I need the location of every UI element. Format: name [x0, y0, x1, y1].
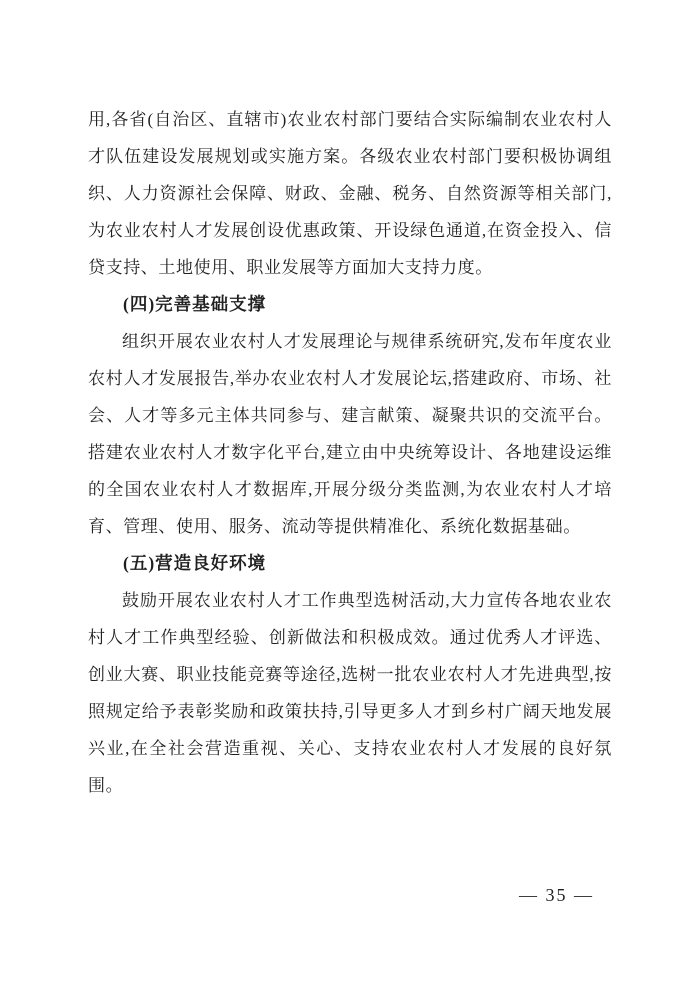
section-heading-5: (五)营造良好环境	[88, 545, 612, 582]
page-number: — 35 —	[519, 884, 594, 906]
section-heading-4: (四)完善基础支撑	[88, 286, 612, 323]
paragraph-section-5: 鼓励开展农业农村人才工作典型选树活动,大力宣传各地农业农村人才工作典型经验、创新…	[88, 582, 612, 804]
document-page: 用,各省(自治区、直辖市)农业农村部门要结合实际编制农业农村人才队伍建设发展规划…	[0, 0, 700, 990]
document-text-block: 用,各省(自治区、直辖市)农业农村部门要结合实际编制农业农村人才队伍建设发展规划…	[88, 101, 612, 804]
paragraph-section-4: 组织开展农业农村人才发展理论与规律系统研究,发布年度农业农村人才发展报告,举办农…	[88, 323, 612, 545]
paragraph-continuation: 用,各省(自治区、直辖市)农业农村部门要结合实际编制农业农村人才队伍建设发展规划…	[88, 101, 612, 286]
